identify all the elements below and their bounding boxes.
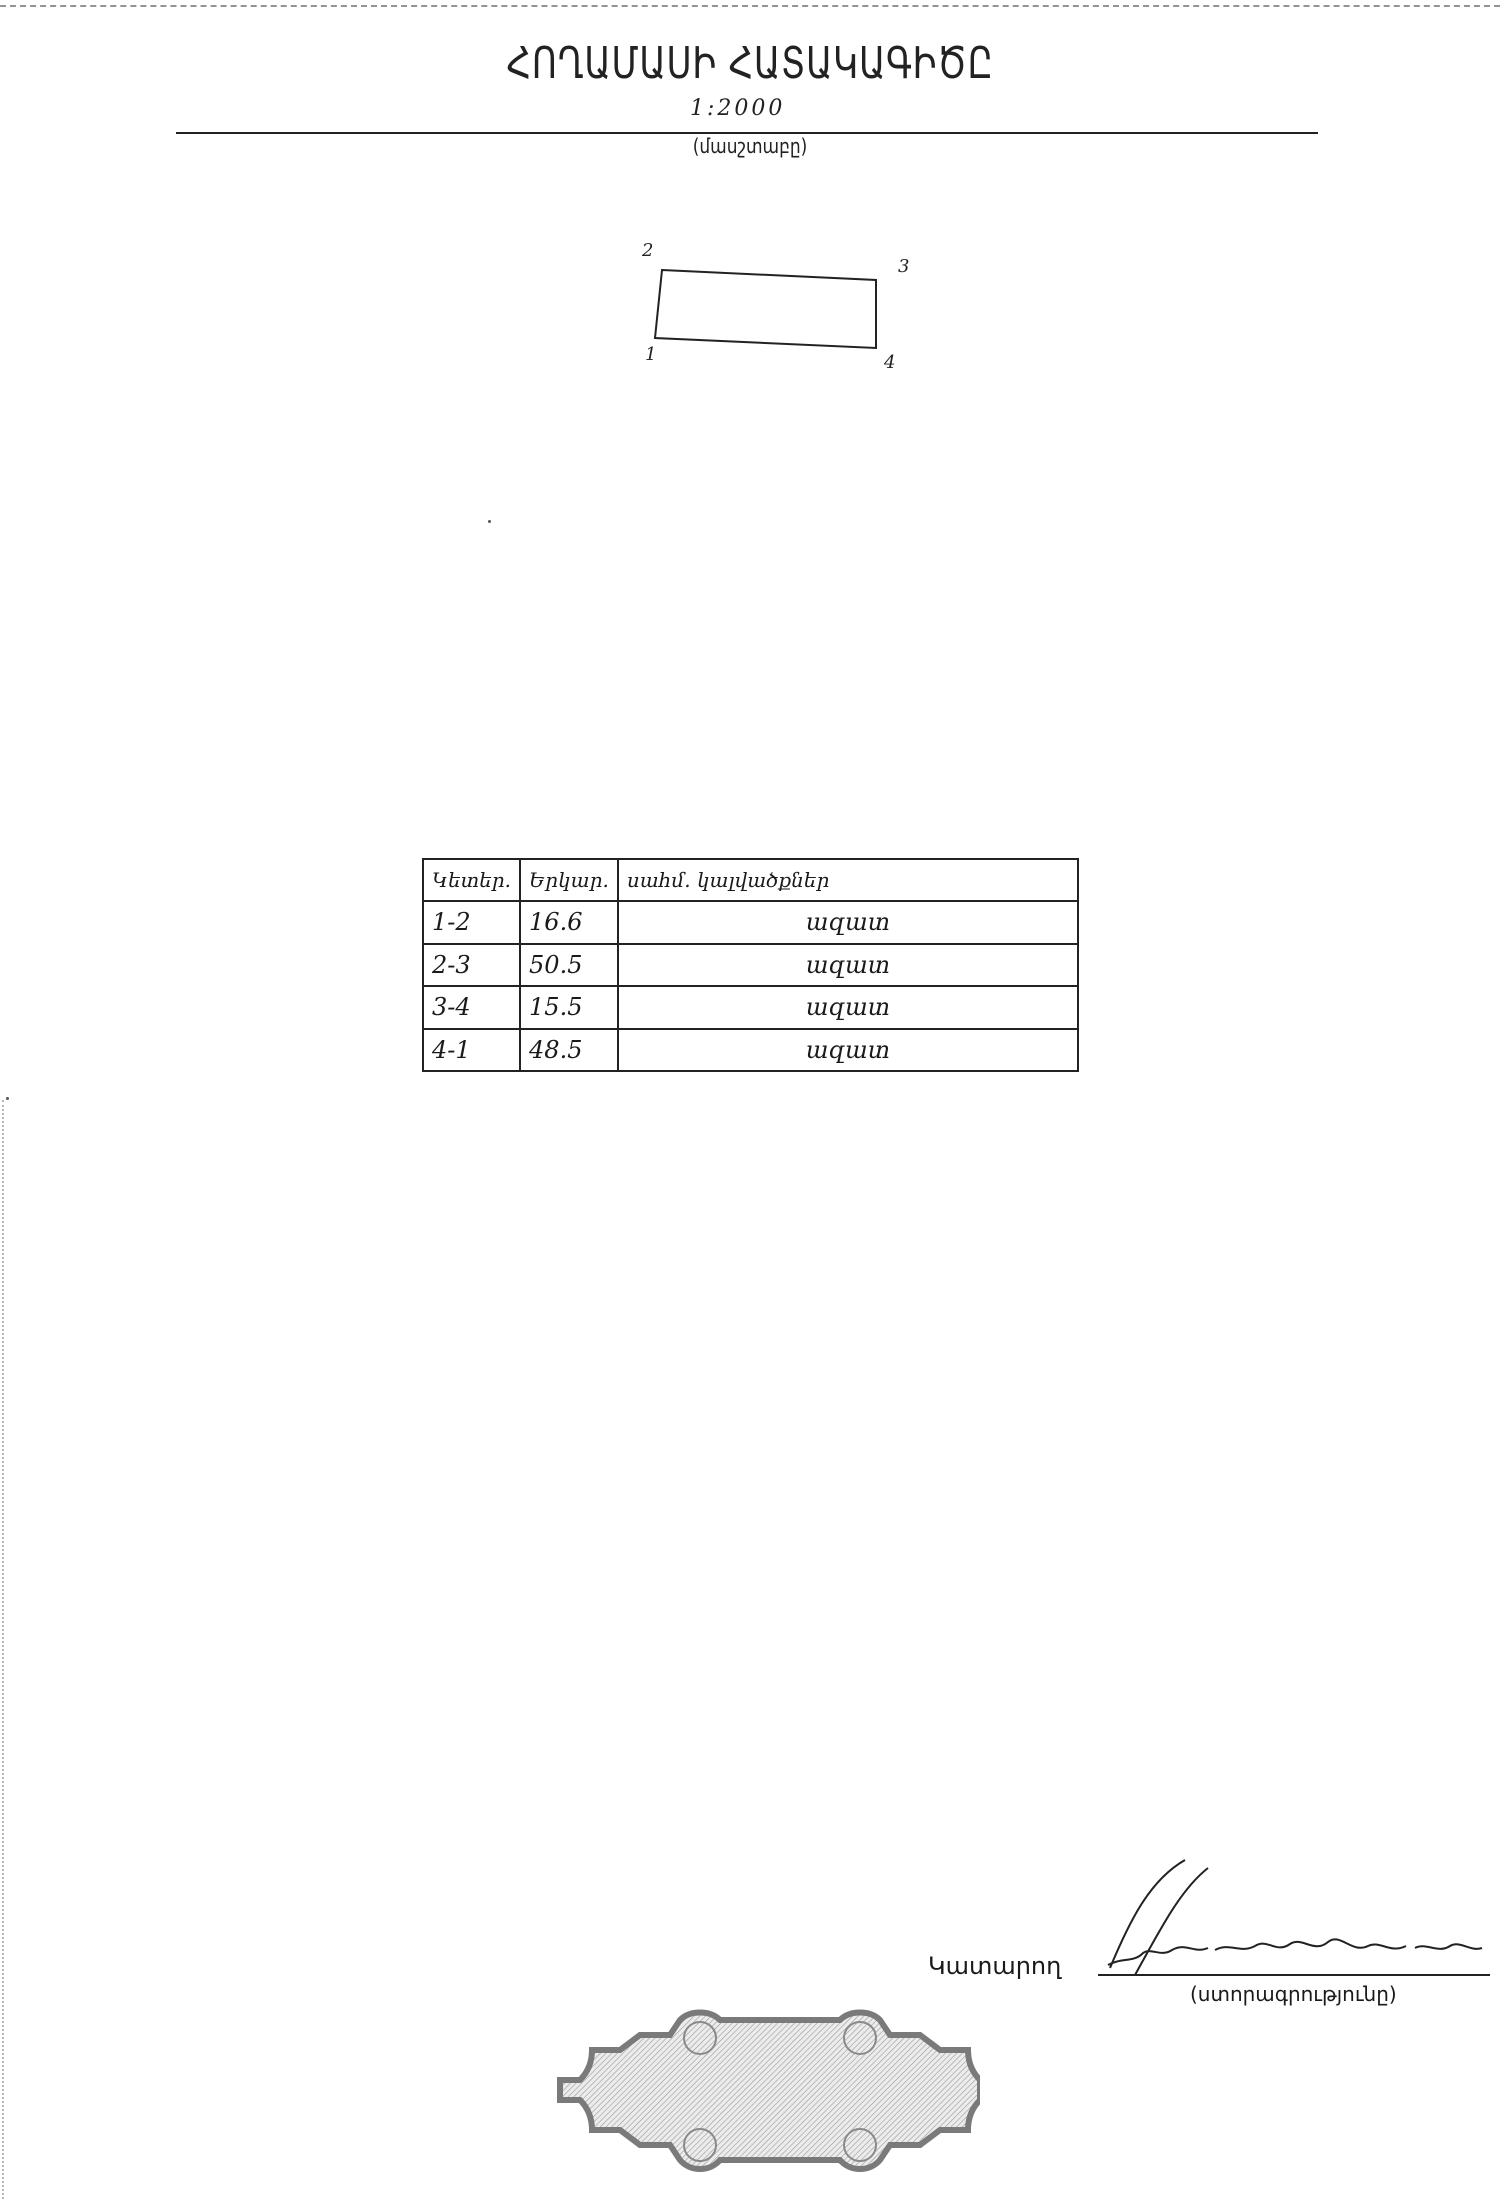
table-row: 4-148.5ազատ [423,1029,1078,1072]
vertex-label-2: 2 [641,240,653,261]
scan-speck [6,1097,9,1100]
signature-line [1098,1974,1490,1976]
table-header-row: Կետեր. Երկար. սահմ. կալվածքներ [423,859,1078,901]
page-left-border [2,1100,4,2199]
table-row: 2-350.5ազատ [423,944,1078,987]
header-points: Կետեր. [423,859,520,901]
vertex-label-3: 3 [898,256,909,277]
length-cell: 50.5 [520,944,618,987]
header-length: Երկար. [520,859,618,901]
performer-label: Կատարող [928,1952,1061,1980]
segment-cell: 4-1 [423,1029,520,1072]
segment-cell: 3-4 [423,986,520,1029]
plot-outline [655,270,876,348]
signature-caption: (ստորագրությունը) [1190,1982,1397,2006]
length-cell: 48.5 [520,1029,618,1072]
header-adjacent: սահմ. կալվածքներ [618,859,1078,901]
scale-caption: (մասշտաբը) [113,134,1388,158]
scan-speck [488,520,491,523]
adjacent-cell: ազատ [618,901,1078,944]
scale-value: 1:2000 [690,96,785,121]
document-title: ՀՈՂԱՄԱՍԻ ՀԱՏԱԿԱԳԻԾԸ [165,38,1335,89]
adjacent-cell: ազատ [618,944,1078,987]
segment-cell: 2-3 [423,944,520,987]
ornamental-cartouche [540,2000,980,2185]
page-top-border [0,5,1500,7]
table-row: 1-216.6ազատ [423,901,1078,944]
vertex-label-1: 1 [645,344,656,365]
vertex-label-4: 4 [883,352,895,373]
adjacent-cell: ազատ [618,1029,1078,1072]
signature-scribble [1090,1850,1490,2000]
boundary-table: Կետեր. Երկար. սահմ. կալվածքներ 1-216.6ազ… [422,858,1079,1072]
plot-sketch: 2 3 1 4 [600,220,940,380]
segment-cell: 1-2 [423,901,520,944]
length-cell: 15.5 [520,986,618,1029]
table-row: 3-415.5ազատ [423,986,1078,1029]
length-cell: 16.6 [520,901,618,944]
adjacent-cell: ազատ [618,986,1078,1029]
